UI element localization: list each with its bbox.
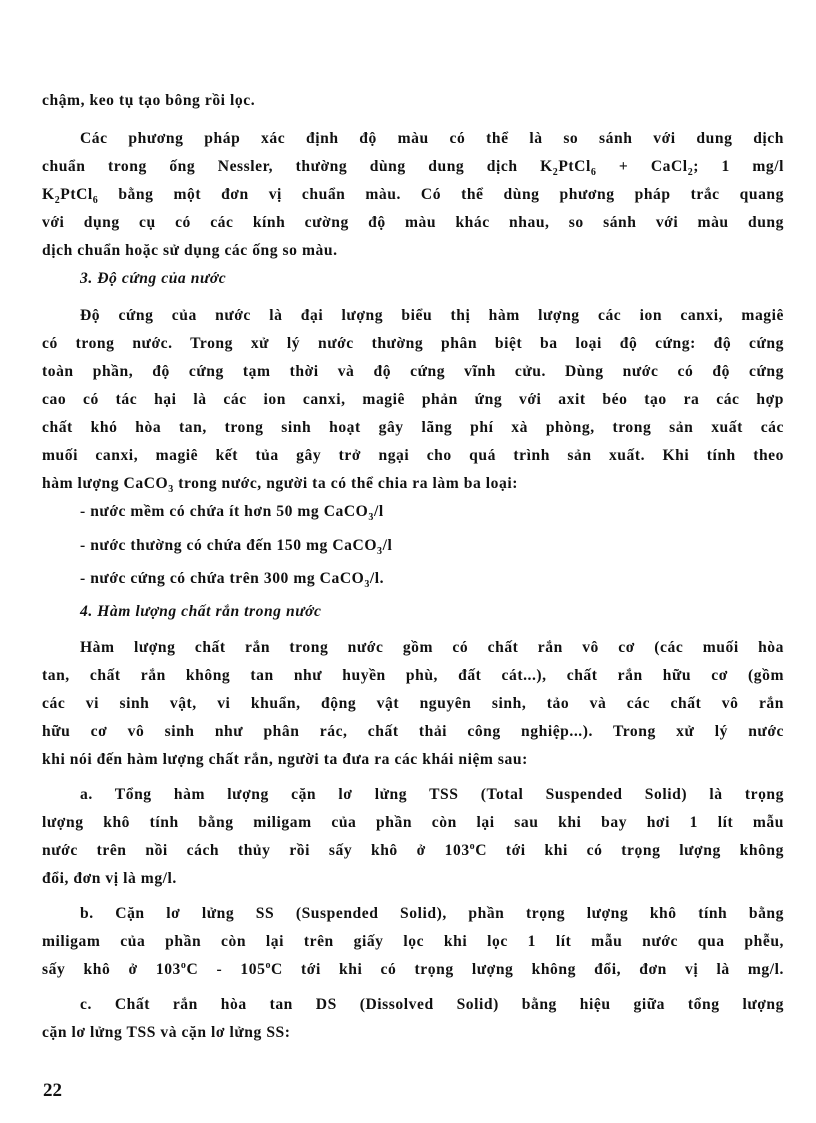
text-line: muối canxi, magiê kết tủa gây trở ngại c…: [42, 446, 784, 466]
text-line: nước trên nồi cách thủy rồi sấy khô ở 10…: [42, 841, 784, 861]
text-line: b. Cặn lơ lửng SS (Suspended Solid), phầ…: [80, 904, 784, 924]
text-line: K2PtCl6 bằng một đơn vị chuẩn màu. Có th…: [42, 185, 784, 205]
page-number: 22: [43, 1080, 62, 1102]
text-line: có trong nước. Trong xử lý nước thường p…: [42, 334, 784, 354]
text-line: cao có tác hại là các ion canxi, magiê p…: [42, 390, 784, 410]
text-line: miligam của phần còn lại trên giấy lọc k…: [42, 932, 784, 952]
text-line: tan, chất rắn không tan như huyền phù, đ…: [42, 666, 784, 686]
text-line: chậm, keo tụ tạo bông rồi lọc.: [42, 91, 784, 111]
text-line: dịch chuẩn hoặc sử dụng các ống so màu.: [42, 241, 784, 261]
section-heading: 4. Hàm lượng chất rắn trong nước: [80, 602, 816, 622]
text-line: Độ cứng của nước là đại lượng biểu thị h…: [80, 306, 784, 326]
text-line: hàm lượng CaCO3 trong nước, người ta có …: [42, 474, 784, 494]
text-line: toàn phần, độ cứng tạm thời và độ cứng v…: [42, 362, 784, 382]
text-line: với dụng cụ có các kính cường độ màu khá…: [42, 213, 784, 233]
text-line: lượng khô tính bằng miligam của phần còn…: [42, 813, 784, 833]
list-item: - nước thường có chứa đến 150 mg CaCO3/l: [80, 536, 816, 556]
text-line: đổi, đơn vị là mg/l.: [42, 869, 784, 889]
list-item: - nước cứng có chứa trên 300 mg CaCO3/l.: [80, 569, 816, 589]
text-line: hữu cơ vô sinh như phân rác, chất thải c…: [42, 722, 784, 742]
list-item: - nước mềm có chứa ít hơn 50 mg CaCO3/l: [80, 502, 816, 522]
text-line: sấy khô ở 103oC - 105oC tới khi có trọng…: [42, 960, 784, 980]
text-line: a. Tổng hàm lượng cặn lơ lửng TSS (Total…: [80, 785, 784, 805]
text-line: chuẩn trong ống Nessler, thường dùng dun…: [42, 157, 784, 177]
text-line: Các phương pháp xác định độ màu có thể l…: [80, 129, 784, 149]
text-line: c. Chất rắn hòa tan DS (Dissolved Solid)…: [80, 995, 784, 1015]
document-page: chậm, keo tụ tạo bông rồi lọc.Các phương…: [0, 0, 816, 1123]
text-line: cặn lơ lửng TSS và cặn lơ lửng SS:: [42, 1023, 784, 1043]
text-line: các vi sinh vật, vi khuẩn, động vật nguy…: [42, 694, 784, 714]
section-heading: 3. Độ cứng của nước: [80, 269, 816, 289]
text-line: khi nói đến hàm lượng chất rắn, người ta…: [42, 750, 784, 770]
text-line: chất khó hòa tan, trong sinh hoạt gây lã…: [42, 418, 784, 438]
text-line: Hàm lượng chất rắn trong nước gồm có chấ…: [80, 638, 784, 658]
